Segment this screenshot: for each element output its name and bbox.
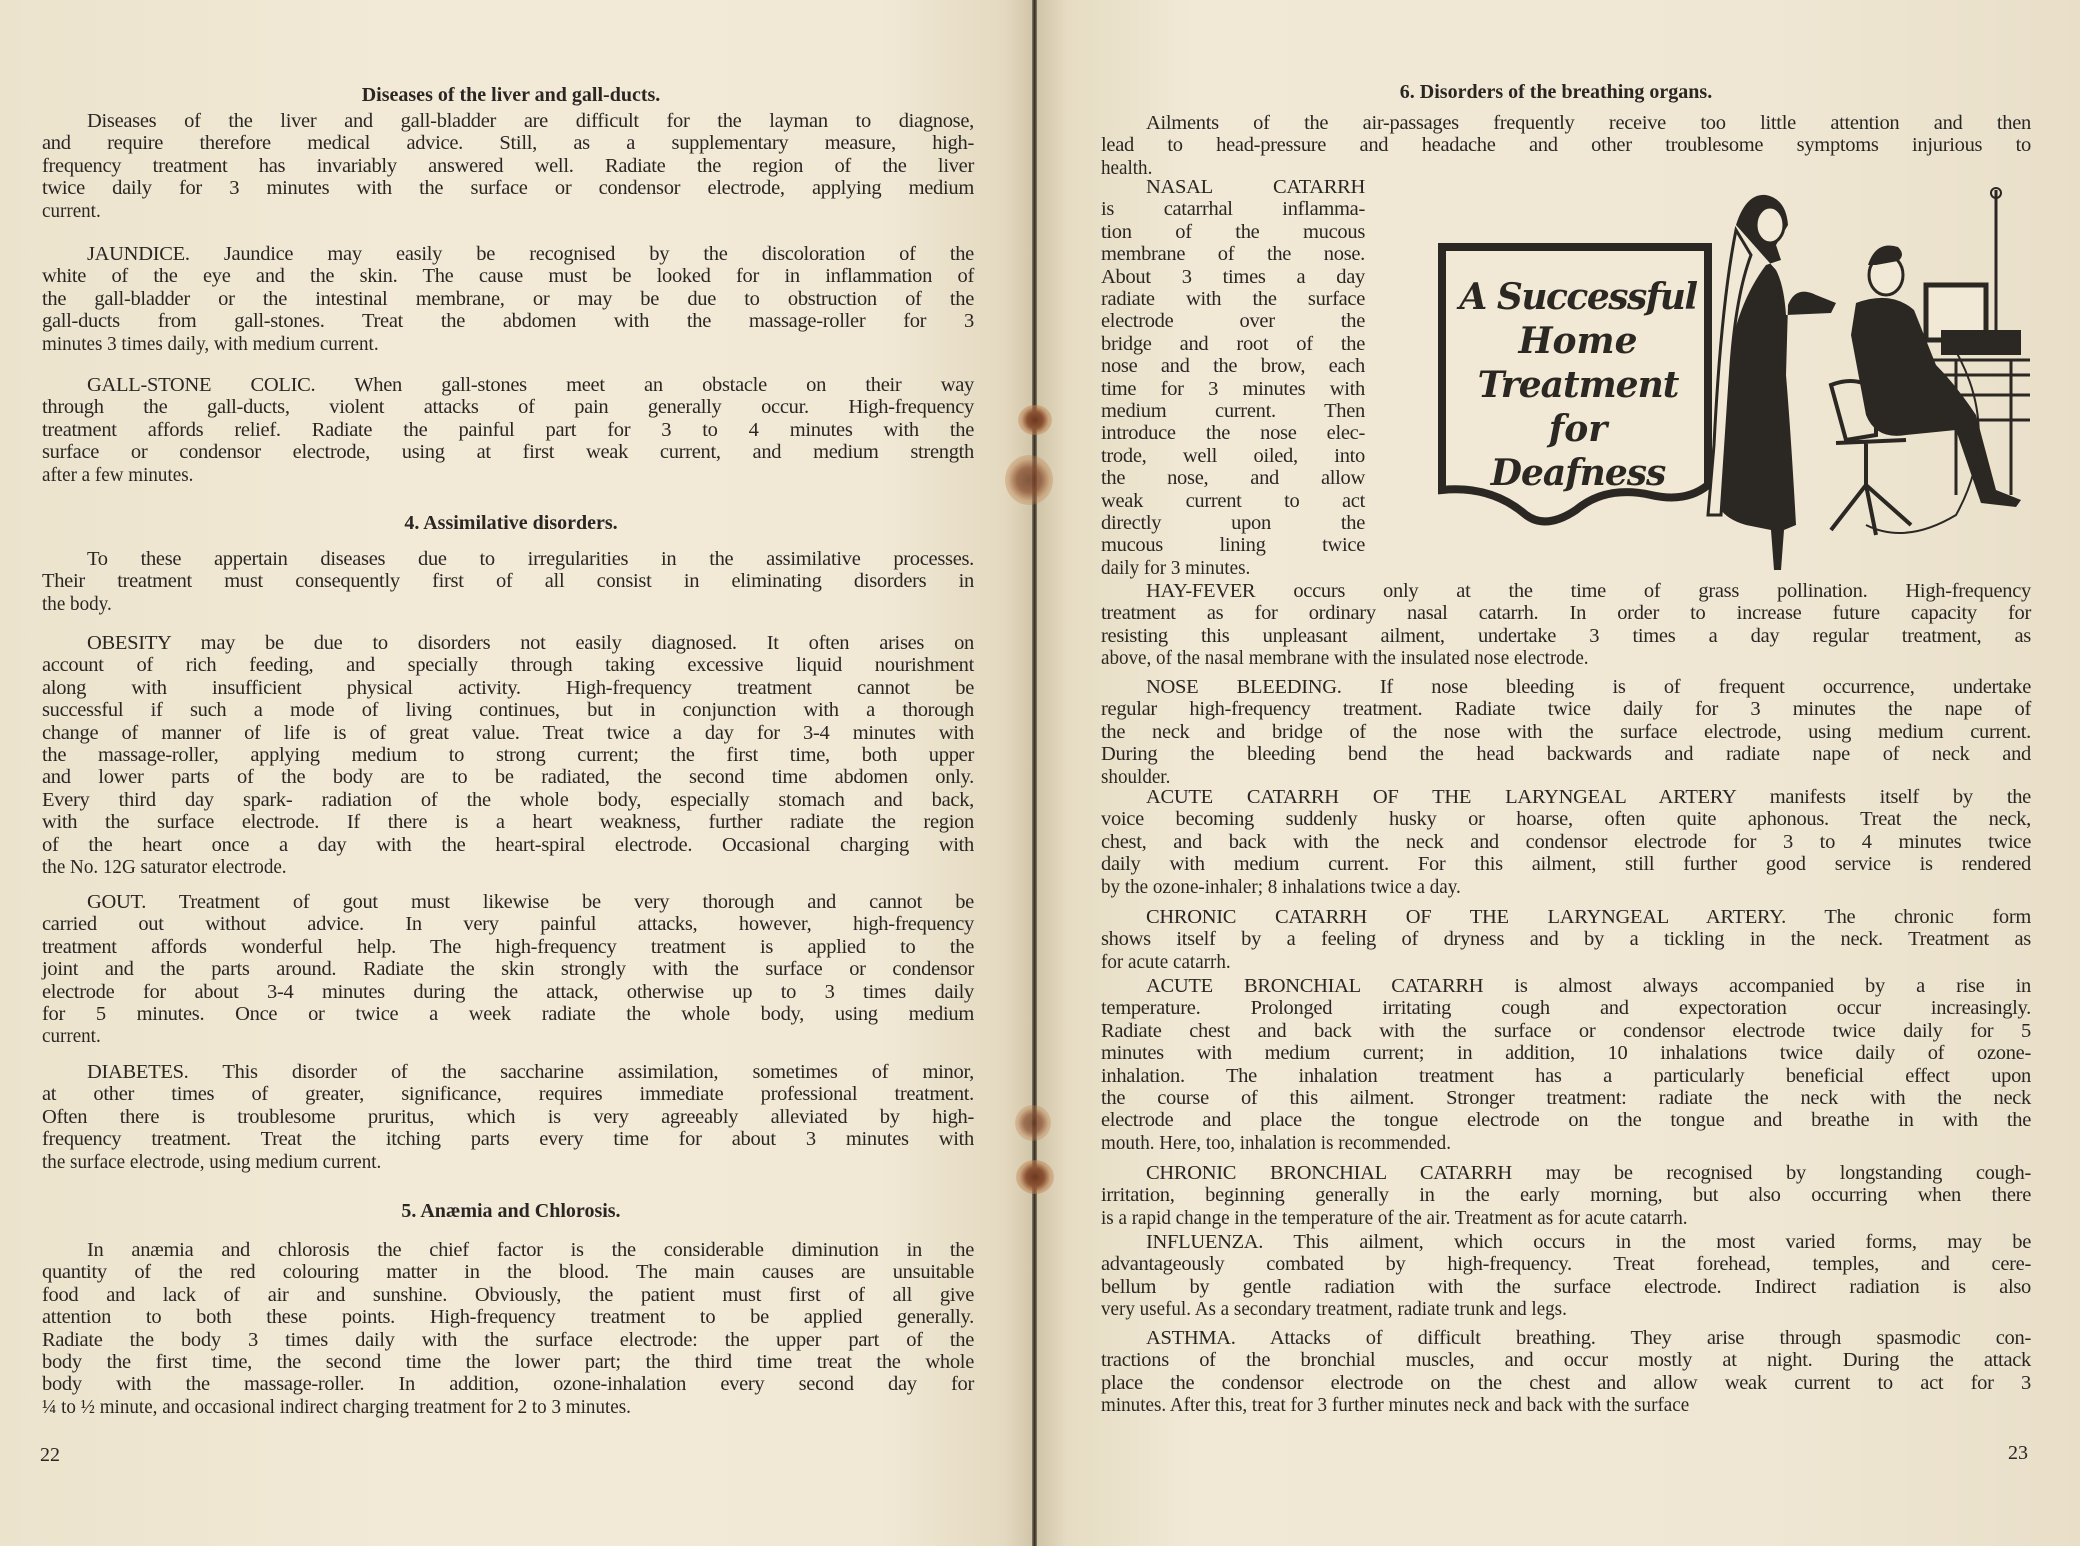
paragraph-line: shoulder.	[1101, 766, 1170, 788]
advert-line-1: A Successful	[1450, 275, 1706, 319]
book-spine	[1032, 0, 1037, 1546]
paragraph-line: shows itself by a feeling of dryness and…	[1101, 928, 2031, 950]
paragraph-line: advantageously combated by high-frequenc…	[1101, 1253, 2031, 1275]
intro-paragraph-line: lead to head-pressure and headache and o…	[1101, 134, 2031, 156]
paragraph-line: the body.	[42, 593, 112, 615]
paragraph-line: body with the massage-roller. In additio…	[42, 1373, 974, 1395]
nasal-catarrh-column-line: membrane of the nose.	[1101, 243, 1365, 265]
paragraph-line: Radiate chest and back with the surface …	[1101, 1020, 2031, 1042]
advert-line-3: Treatment	[1450, 363, 1706, 407]
paragraph-line: and require therefore medical advice. St…	[42, 132, 974, 154]
advert-line-2: Home	[1450, 319, 1706, 363]
paragraph-line: regular high-frequency treatment. Radiat…	[1101, 698, 2031, 720]
paragraph-line: voice becoming suddenly husky or hoarse,…	[1101, 808, 2031, 830]
paragraph-line: through the gall-ducts, violent attacks …	[42, 396, 974, 418]
paragraph-line: joint and the parts around. Radiate the …	[42, 958, 974, 980]
paragraph-line: tractions of the bronchial muscles, and …	[1101, 1349, 2031, 1371]
paragraph-line: minutes. After this, treat for 3 further…	[1101, 1394, 1689, 1416]
paragraph-line: food and lack of air and sunshine. Obvio…	[42, 1284, 974, 1306]
paragraph-line: irritation, beginning generally in the e…	[1101, 1184, 2031, 1206]
paragraph-line: with the surface electrode. If there is …	[42, 811, 974, 833]
paragraph-line: Often there is troublesome pruritus, whi…	[42, 1106, 974, 1128]
nasal-catarrh-column-line: mucous lining twice	[1101, 534, 1365, 556]
paragraph-line: surface or condensor electrode, using at…	[42, 441, 974, 463]
paragraph-line: frequency treatment. Treat the itching p…	[42, 1128, 974, 1150]
paragraph-line: temperature. Prolonged irritating cough …	[1101, 997, 2031, 1019]
intro-paragraph-line: health.	[1101, 157, 1152, 179]
paragraph-line: the neck and bridge of the nose with the…	[1101, 721, 2031, 743]
paragraph-line: mouth. Here, too, inhalation is recommen…	[1101, 1132, 1451, 1154]
paragraph-line: electrode for about 3-4 minutes during t…	[42, 981, 974, 1003]
paragraph-line: In anæmia and chlorosis the chief factor…	[87, 1239, 974, 1261]
paragraph-line: the No. 12G saturator electrode.	[42, 856, 287, 878]
paragraph-line: change of manner of life is of great val…	[42, 722, 974, 744]
paragraph-line: OBESITY may be due to disorders not easi…	[87, 632, 974, 654]
paragraph-line: quantity of the red colouring matter in …	[42, 1261, 974, 1283]
paragraph-line: frequency treatment has invariably answe…	[42, 155, 974, 177]
paragraph-line: gall-ducts from gall-stones. Treat the a…	[42, 310, 974, 332]
paragraph-line: current.	[42, 200, 101, 222]
paragraph-line: attention to both these points. High-fre…	[42, 1306, 974, 1328]
paragraph-line: ¼ to ½ minute, and occasional indirect c…	[42, 1396, 631, 1418]
paragraph-line: chest, and back with the neck and conden…	[1101, 831, 2031, 853]
paragraph-line: the gall-bladder or the intestinal membr…	[42, 288, 974, 310]
paragraph-line: Every third day spark- radiation of the …	[42, 789, 974, 811]
paragraph-line: of the heart once a day with the heart-s…	[42, 834, 974, 856]
nasal-catarrh-column-line: About 3 times a day	[1101, 266, 1365, 288]
staple-rust-stain	[1018, 405, 1052, 435]
paragraph-line: very useful. As a secondary treatment, r…	[1101, 1298, 1567, 1320]
advert-line-5: Deafness	[1450, 451, 1706, 495]
paragraph-line: and lower parts of the body are to be ra…	[42, 766, 974, 788]
paragraph-line: bellum by gentle radiation with the surf…	[1101, 1276, 2031, 1298]
paragraph-line: at other times of greater, significance,…	[42, 1083, 974, 1105]
paragraph-line: the course of this ailment. Stronger tre…	[1101, 1087, 2031, 1109]
advert-text: A Successful Home Treatment for Deafness	[1450, 275, 1706, 495]
paragraph-line: body the first time, the second time the…	[42, 1351, 974, 1373]
section-heading-anaemia: 5. Anæmia and Chlorosis.	[401, 1200, 620, 1223]
nasal-catarrh-column-line: directly upon the	[1101, 512, 1365, 534]
paragraph-line: minutes 3 times daily, with medium curre…	[42, 333, 379, 355]
paragraph-line: GALL-STONE COLIC. When gall-stones meet …	[87, 374, 974, 396]
nasal-catarrh-column-line: nose and the brow, each	[1101, 355, 1365, 377]
paragraph-line: daily with medium current. For this ailm…	[1101, 853, 2031, 875]
paragraph-line: the surface electrode, using medium curr…	[42, 1151, 381, 1173]
advert-line-4: for	[1450, 407, 1706, 451]
staple-rust-stain	[1015, 1105, 1051, 1141]
paragraph-line: HAY-FEVER occurs only at the time of gra…	[1146, 580, 2031, 602]
page-number-left: 22	[40, 1444, 60, 1467]
intro-paragraph-line: Ailments of the air-passages frequently …	[1146, 112, 2031, 134]
nasal-catarrh-column-line: is catarrhal inflamma-	[1101, 198, 1365, 220]
nasal-catarrh-column-line: tion of the mucous	[1101, 221, 1365, 243]
paragraph-line: GOUT. Treatment of gout must likewise be…	[87, 891, 974, 913]
paragraph-line: JAUNDICE. Jaundice may easily be recogni…	[87, 243, 974, 265]
paragraph-line: Diseases of the liver and gall-bladder a…	[87, 110, 974, 132]
paragraph-line: for 5 minutes. Once or twice a week radi…	[42, 1003, 974, 1025]
nasal-catarrh-column-line: radiate with the surface	[1101, 288, 1365, 310]
paragraph-line: INFLUENZA. This ailment, which occurs in…	[1146, 1231, 2031, 1253]
paragraph-line: along with insufficient physical activit…	[42, 677, 974, 699]
paragraph-line: after a few minutes.	[42, 464, 193, 486]
nasal-catarrh-column-line: medium current. Then	[1101, 400, 1365, 422]
paragraph-line: ASTHMA. Attacks of difficult breathing. …	[1146, 1327, 2031, 1349]
nasal-catarrh-column-line: introduce the nose elec-	[1101, 422, 1365, 444]
paragraph-line: ACUTE BRONCHIAL CATARRH is almost always…	[1146, 975, 2031, 997]
nasal-catarrh-column-line: daily for 3 minutes.	[1101, 557, 1250, 579]
nasal-catarrh-column-line: the nose, and allow	[1101, 467, 1365, 489]
paragraph-line: account of rich feeding, and specially t…	[42, 654, 974, 676]
paragraph-line: Radiate the body 3 times daily with the …	[42, 1329, 974, 1351]
paragraph-line: place the condensor electrode on the che…	[1101, 1372, 2031, 1394]
paragraph-line: successful if such a mode of living cont…	[42, 699, 974, 721]
paragraph-line: by the ozone-inhaler; 8 inhalations twic…	[1101, 876, 1461, 898]
paragraph-line: electrode and place the tongue electrode…	[1101, 1109, 2031, 1131]
page-number-right: 23	[2008, 1442, 2028, 1465]
paragraph-line: Their treatment must consequently first …	[42, 570, 974, 592]
nasal-catarrh-column-line: NASAL CATARRH	[1146, 176, 1365, 198]
deafness-advert-illustration: A Successful Home Treatment for Deafness	[1436, 185, 2030, 575]
section-heading-breathing: 6. Disorders of the breathing organs.	[1400, 81, 1712, 104]
staple-rust-stain	[1005, 455, 1053, 505]
paragraph-line: To these appertain diseases due to irreg…	[87, 548, 974, 570]
paragraph-line: for acute catarrh.	[1101, 951, 1231, 973]
staple-rust-stain	[1016, 1160, 1054, 1194]
paragraph-line: inhalation. The inhalation treatment has…	[1101, 1065, 2031, 1087]
section-heading-assimilative: 4. Assimilative disorders.	[404, 512, 617, 535]
paragraph-line: treatment affords wonderful help. The hi…	[42, 936, 974, 958]
paragraph-line: treatment as for ordinary nasal catarrh.…	[1101, 602, 2031, 624]
paragraph-line: treatment affords relief. Radiate the pa…	[42, 419, 974, 441]
paragraph-line: minutes with medium current; in addition…	[1101, 1042, 2031, 1064]
section-heading-liver: Diseases of the liver and gall-ducts.	[362, 84, 661, 107]
paragraph-line: DIABETES. This disorder of the saccharin…	[87, 1061, 974, 1083]
paragraph-line: the massage-roller, applying medium to s…	[42, 744, 974, 766]
paragraph-line: twice daily for 3 minutes with the surfa…	[42, 177, 974, 199]
nasal-catarrh-column-line: time for 3 minutes with	[1101, 378, 1365, 400]
nasal-catarrh-column-line: weak current to act	[1101, 490, 1365, 512]
paragraph-line: ACUTE CATARRH OF THE LARYNGEAL ARTERY ma…	[1146, 786, 2031, 808]
paragraph-line: resisting this unpleasant ailment, under…	[1101, 625, 2031, 647]
paragraph-line: above, of the nasal membrane with the in…	[1101, 647, 1589, 669]
nasal-catarrh-column-line: bridge and root of the	[1101, 333, 1365, 355]
nasal-catarrh-column-line: trode, well oiled, into	[1101, 445, 1365, 467]
paragraph-line: During the bleeding bend the head backwa…	[1101, 743, 2031, 765]
paragraph-line: current.	[42, 1025, 101, 1047]
paragraph-line: is a rapid change in the temperature of …	[1101, 1207, 1688, 1229]
paragraph-line: CHRONIC CATARRH OF THE LARYNGEAL ARTERY.…	[1146, 906, 2031, 928]
paragraph-line: CHRONIC BRONCHIAL CATARRH may be recogni…	[1146, 1162, 2031, 1184]
nasal-catarrh-column-line: electrode over the	[1101, 310, 1365, 332]
paragraph-line: carried out without advice. In very pain…	[42, 913, 974, 935]
paragraph-line: white of the eye and the skin. The cause…	[42, 265, 974, 287]
paragraph-line: NOSE BLEEDING. If nose bleeding is of fr…	[1146, 676, 2031, 698]
